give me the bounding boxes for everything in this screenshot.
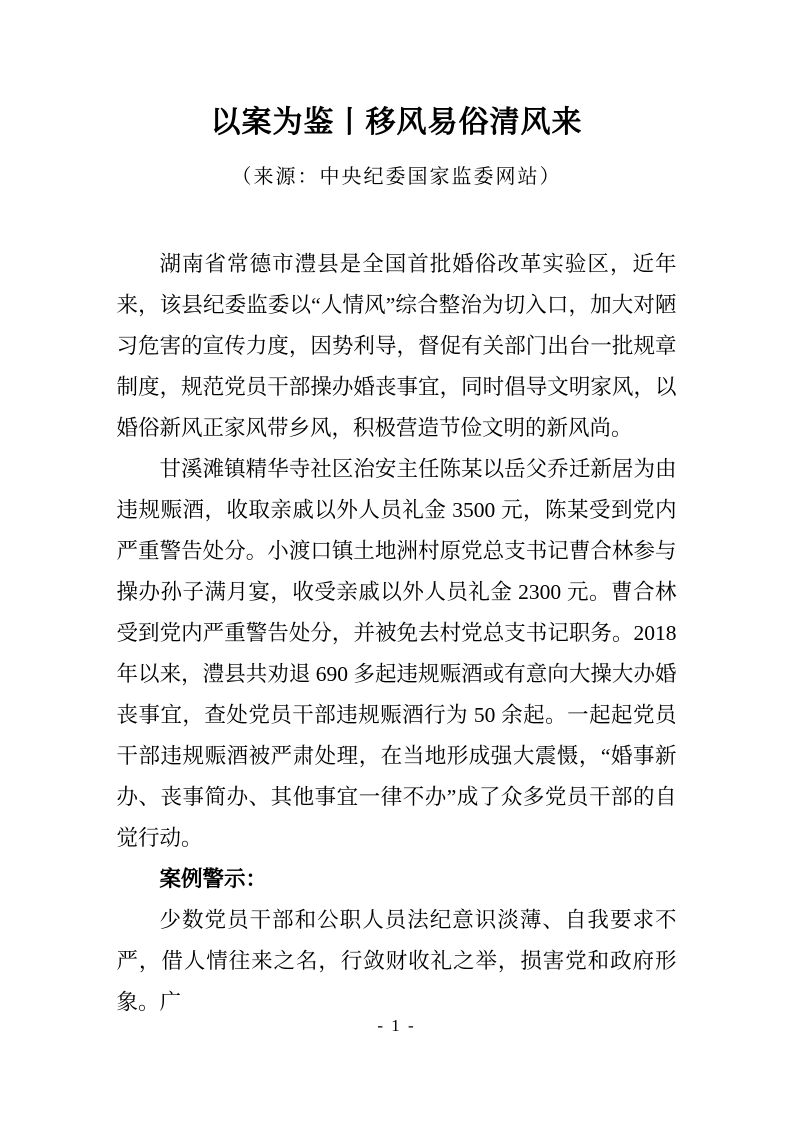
case-warning-heading: 案例警示： <box>117 859 677 900</box>
document-body: 湖南省常德市澧县是全国首批婚俗改革实验区，近年来，该县纪委监委以“人情风”综合整… <box>117 244 677 1023</box>
source-line: （来源：中央纪委国家监委网站） <box>0 163 793 191</box>
document-page: 以案为鉴丨移风易俗清风来 （来源：中央纪委国家监委网站） 湖南省常德市澧县是全国… <box>0 0 793 1122</box>
body-paragraph-3: 少数党员干部和公职人员法纪意识淡薄、自我要求不严，借人情往来之名，行敛财收礼之举… <box>117 900 677 1023</box>
body-paragraph-2: 甘溪滩镇精华寺社区治安主任陈某以岳父乔迁新居为由违规赈酒，收取亲戚以外人员礼金 … <box>117 449 677 859</box>
body-paragraph-1: 湖南省常德市澧县是全国首批婚俗改革实验区，近年来，该县纪委监委以“人情风”综合整… <box>117 244 677 449</box>
page-number: - 1 - <box>0 1014 793 1038</box>
document-title: 以案为鉴丨移风易俗清风来 <box>0 0 793 141</box>
